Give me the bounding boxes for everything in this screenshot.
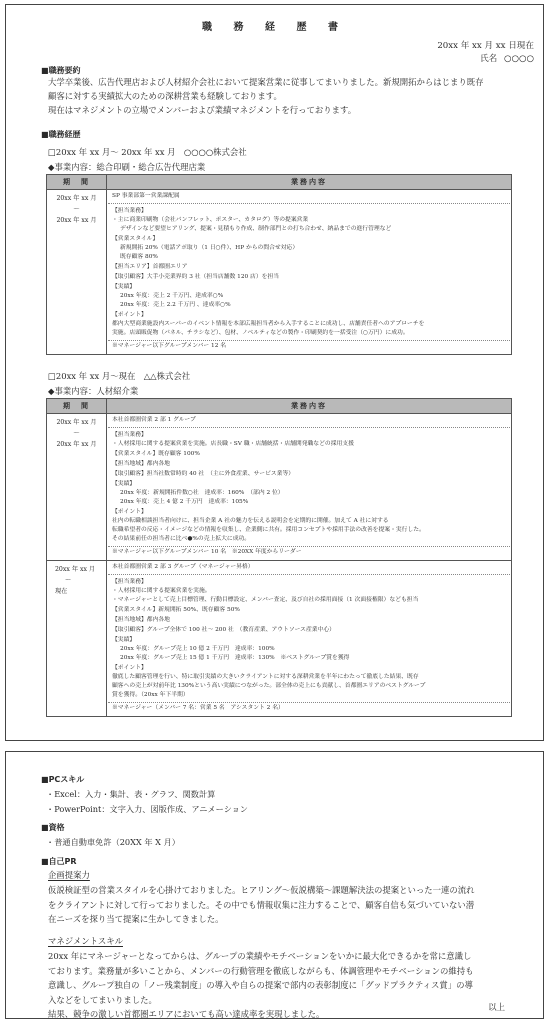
content-header: 業務内容 [107,175,512,190]
duty-line: 【実績】 [112,480,506,489]
duty-line: 【営業スタイル】新規開拓 50%、既存顧客 50% [112,606,506,615]
table-row: 20xx 年 xx 月 ～ 20xx 年 xx 月 SP 事業部第一営業課配属 … [47,190,512,355]
duty-line: 20xx 年度：売上 4 億 2 千万円 達成率：105% [112,498,506,507]
table-header-row: 期 間 業務内容 [47,399,512,414]
period-end: 20xx 年 xx 月 [48,215,105,226]
duty-line: 【取引顧客】担当社数常時約 40 社 （主に外食産業、サービス業等） [112,470,506,479]
team-note: ※マネージャー以下グループメンバー 12 名 [108,340,510,353]
applicant-name: 氏名 ○○○○ [480,52,534,64]
pc-skill-item: ・PowerPoint：文字入力、図版作成、アニメーション [46,804,248,815]
name-label: 氏名 [480,54,497,64]
period-cell: 20xx 年 xx 月 ～ 20xx 年 xx 月 [47,190,107,355]
department: 本社首都圏営業 2 部 1 グループ [108,415,510,428]
duty-line: ・マネージャーとして売上目標管理、行動目標設定、メンバー査定、及び自社の採用面接… [112,596,506,605]
qualifications-heading: 資格 [41,822,65,833]
period-sep: ～ [48,204,105,215]
duties-block: 【担当業務】・人材採用に関する提案営業を実施。・マネージャーとして売上目標管理、… [108,575,510,702]
duty-line: 【担当地域】都内各地 [112,460,506,469]
period-header: 期 間 [47,175,107,190]
duty-line: 【営業スタイル】 [112,235,506,244]
duty-line: 20xx 年度：グループ売上 10 億 2 千万円 達成率：100% [112,645,506,654]
company-2-period: □20xx 年 xx 月～現在 △△株式会社 [48,370,190,382]
department: 本社首都圏営業 2 部 3 グループ（マネージャー昇格） [108,562,510,575]
department: SP 事業部第一営業課配属 [108,191,510,204]
duty-line: 顧客への売上が対前年比 130%という高い実績につながった。部全体の売上にも貢献… [112,682,506,691]
duties-block: 【担当業務】・人材採用に関する提案営業を実施。店長職・SV 職・店舗統括・店舗開… [108,428,510,546]
document-title: 職 務 経 歴 書 [6,18,543,33]
duty-line: 徹底した顧客管理を行い、特に取引実績の大きいクライアントに対する深耕営業を半年に… [112,673,506,682]
resume-page-1: 職 務 経 歴 書 20xx 年 xx 月 xx 日現在 氏名 ○○○○ 職務要… [5,4,544,741]
duties-block: 【担当業務】・主に商業印刷物（会社パンフレット、ポスター、カタログ）等の提案営業… [108,204,510,340]
duty-line: 【取引顧客】大手小売業界約 3 社（担当店舗数 120 店）を担当 [112,273,506,282]
period-end: 20xx 年 xx 月 [48,439,105,450]
duty-line: 【担当業務】 [112,207,506,216]
name-value: ○○○○ [504,54,534,64]
pr-text-result: 結果、競争の激しい首都圏エリアにおいても高い達成率を実現しました。 [48,1007,478,1022]
career-table-2: 期 間 業務内容 20xx 年 xx 月 ～ 20xx 年 xx 月 本社首都圏… [46,398,512,717]
duty-line: 新規開拓 20%（電話アポ取り（1 日○件）、HP からの問合せ対応） [112,244,506,253]
duty-line: 【担当業務】 [112,578,506,587]
content-cell: SP 事業部第一営業課配属 【担当業務】・主に商業印刷物（会社パンフレット、ポス… [107,190,512,355]
career-heading: 職務経歴 [41,129,81,140]
table-header-row: 期 間 業務内容 [47,175,512,190]
duty-line: 【担当エリア】首都圏エリア [112,263,506,272]
content-header: 業務内容 [107,399,512,414]
duty-line: 【ポイント】 [112,508,506,517]
duty-line: 【担当業務】 [112,431,506,440]
duty-line: 賞を獲得。（20xx 年下半期） [112,691,506,700]
duty-line: 【ポイント】 [112,664,506,673]
summary-text: 大学卒業後、広告代理店および人材紹介会社において提案営業に従事してまいりました。… [48,75,518,117]
period-header: 期 間 [47,399,107,414]
summary-line: 現在はマネジメントの立場でメンバーおよび業績マネジメントを行っております。 [48,103,518,117]
duty-line: 転職希望者の反応・イメージなどの情報を収集し、企業側に共有。採用コンセプトや採用… [112,526,506,535]
period-sep: ～ [55,575,105,586]
content-cell: 本社首都圏営業 2 部 1 グループ 【担当業務】・人材採用に関する提案営業を実… [107,414,512,561]
duty-line: 【営業スタイル】既存顧客 100% [112,450,506,459]
pr-subheading-management: マネジメントスキル [48,935,123,947]
summary-line: 顧客に対する実績拡大のための深耕営業も経験しております。 [48,89,518,103]
duty-line: 既存顧客 80% [112,253,506,262]
summary-line: 大学卒業後、広告代理店および人材紹介会社において提案営業に従事してまいりました。… [48,75,518,89]
duty-line: 【実績】 [112,636,506,645]
content-cell: 本社首都圏営業 2 部 3 グループ（マネージャー昇格） 【担当業務】・人材採用… [107,561,512,717]
company-2-business: ◆事業内容：人材紹介業 [48,385,138,397]
company-1-period: □20xx 年 xx 月～ 20xx 年 xx 月 ○○○○株式会社 [48,146,247,158]
duty-line: ・人材採用に関する提案営業を実施。 [112,587,506,596]
career-table-1: 期 間 業務内容 20xx 年 xx 月 ～ 20xx 年 xx 月 SP 事業… [46,174,512,355]
qualification-item: ・普通自動車免許（20XX 年 X 月） [46,837,180,848]
table-row: 20xx 年 xx 月 ～ 現在 本社首都圏営業 2 部 3 グループ（マネージ… [47,561,512,717]
pr-text-management: 20xx 年にマネージャーとなってからは、グループの業績やモチベーションをいかに… [48,949,478,1022]
period-cell: 20xx 年 xx 月 ～ 20xx 年 xx 月 [47,414,107,561]
duty-line: 【取引顧客】グループ全体で 100 社～ 200 社 （教育産業、アウトソース産… [112,626,506,635]
duty-line: 都内大型商業施設内スーパーのイベント情報を本部広報担当者から入手することに成功し… [112,320,506,329]
duty-line: 20xx 年度：売上 2.2 千万円 、達成率○% [112,301,506,310]
resume-page-2: PCスキル ・Excel：入力・集計、表・グラフ、関数計算 ・PowerPoin… [5,751,544,1019]
duty-line: 【実績】 [112,283,506,292]
duty-line: 20xx 年度：売上 2 千万円、達成率○% [112,292,506,301]
duty-line: 20xx 年度：グループ売上 15 億 1 千万円 達成率：130% ※ベストグ… [112,654,506,663]
duty-line: デザインなど要望ヒアリング、提案・見積もり作成、制作部門との打ち合わせ、納品まで… [112,225,506,234]
pr-subheading-planning: 企画提案力 [48,869,90,881]
duty-line: 実施。店頭販促物（パネル、チラシなど）、包材、ノベルティなどの製作・印刷契約を一… [112,329,506,338]
team-note: ※マネージャー以下グループメンバー 10 名 ※20XX 年度からリーダー [108,546,510,559]
pr-text-planning: 仮説検証型の営業スタイルを心掛けておりました。ヒアリング～仮説構築～課題解決法の… [48,883,478,927]
period-start: 20xx 年 xx 月 [48,193,105,204]
pc-skills-heading: PCスキル [41,774,84,785]
duty-line: 社内の転職相談担当者向けに、担当企業 A 社の魅力を伝える説明会を定期的に開催。… [112,517,506,526]
period-sep: ～ [48,428,105,439]
closing-text: 以上 [488,1001,505,1013]
company-1-business: ◆事業内容：総合印刷・総合広告代理店業 [48,161,205,173]
duty-line: ・主に商業印刷物（会社パンフレット、ポスター、カタログ）等の提案営業 [112,216,506,225]
duty-line: その結果前任の担当者に比べ●%の売上拡大に成功。 [112,535,506,544]
document-date: 20xx 年 xx 月 xx 日現在 [437,39,534,51]
pc-skill-item: ・Excel：入力・集計、表・グラフ、関数計算 [46,789,215,800]
self-pr-heading: 自己PR [41,856,77,867]
period-end: 現在 [55,586,105,597]
table-row: 20xx 年 xx 月 ～ 20xx 年 xx 月 本社首都圏営業 2 部 1 … [47,414,512,561]
period-start: 20xx 年 xx 月 [48,417,105,428]
pr-text-main: 20xx 年にマネージャーとなってからは、グループの業績やモチベーションをいかに… [48,949,478,1007]
duty-line: 【ポイント】 [112,311,506,320]
period-start: 20xx 年 xx 月 [55,564,105,575]
duty-line: 【担当地域】都内各地 [112,616,506,625]
duty-line: ・人材採用に関する提案営業を実施。店長職・SV 職・店舗統括・店舗開発職などの採… [112,440,506,449]
duty-line: 20xx 年度：新規開拓件数○社 達成率：160% （部内 2 位） [112,489,506,498]
period-cell: 20xx 年 xx 月 ～ 現在 [47,561,107,717]
team-note: ※マネージャー（メンバー 7 名：営業 5 名 アシスタント 2 名） [108,702,510,715]
